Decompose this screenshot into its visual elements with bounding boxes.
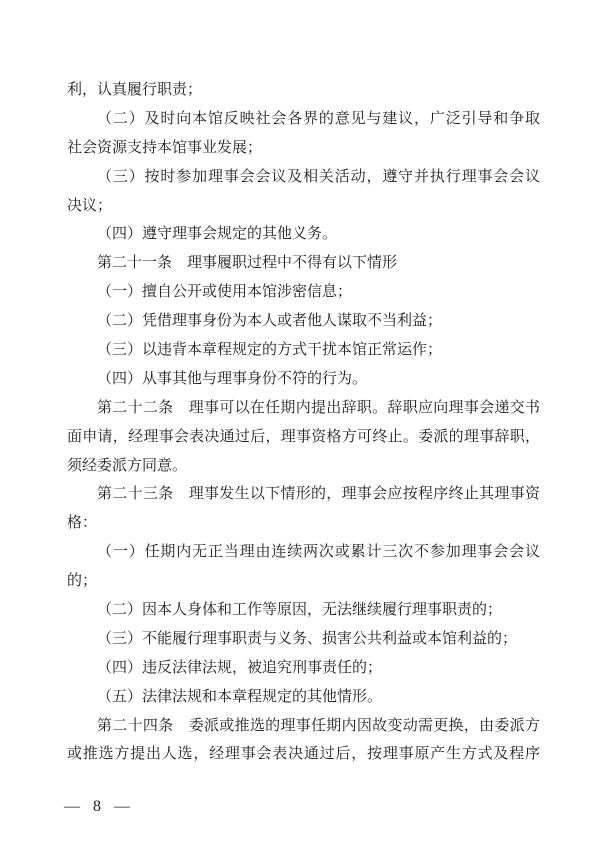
text-line: （五）法律法规和本章程规定的其他情形。	[67, 683, 540, 712]
text-line: （四）从事其他与理事身份不符的行为。	[67, 365, 540, 394]
text-line: （三）按时参加理事会会议及相关活动，遵守并执行理事会会议	[67, 163, 540, 192]
text-line: （四）遵守理事会规定的其他义务。	[67, 220, 540, 249]
text-line: （三）以违背本章程规定的方式干扰本馆正常运作；	[67, 336, 540, 365]
text-line: （三）不能履行理事职责与义务、损害公共利益或本馆利益的；	[67, 625, 540, 654]
text-line: 决议；	[67, 192, 540, 221]
text-line: 利，认真履行职责；	[67, 76, 540, 105]
page-number-label: — 8 —	[64, 798, 131, 815]
document-page: 利，认真履行职责；（二）及时向本馆反映社会各界的意见与建议，广泛引导和争取社会资…	[0, 0, 608, 858]
text-line: 第二十二条 理事可以在任期内提出辞职。辞职应向理事会递交书	[67, 394, 540, 423]
text-line: （二）因本人身体和工作等原因，无法继续履行理事职责的；	[67, 596, 540, 625]
text-line: 或推选方提出人选，经理事会表决通过后，按理事原产生方式及程序	[67, 740, 540, 769]
text-line: 第二十一条 理事履职过程中不得有以下情形	[67, 249, 540, 278]
text-line: （一）擅自公开或使用本馆涉密信息；	[67, 278, 540, 307]
text-line: 第二十三条 理事发生以下情形的，理事会应按程序终止其理事资	[67, 480, 540, 509]
text-line: 社会资源支持本馆事业发展；	[67, 134, 540, 163]
text-line: （二）及时向本馆反映社会各界的意见与建议，广泛引导和争取	[67, 105, 540, 134]
text-line: （一）任期内无正当理由连续两次或累计三次不参加理事会会议	[67, 538, 540, 567]
text-line: （二）凭借理事身份为本人或者他人谋取不当利益；	[67, 307, 540, 336]
text-line: 须经委派方同意。	[67, 452, 540, 481]
text-line: 面申请，经理事会表决通过后，理事资格方可终止。委派的理事辞职，	[67, 423, 540, 452]
text-line: 格：	[67, 509, 540, 538]
document-body: 利，认真履行职责；（二）及时向本馆反映社会各界的意见与建议，广泛引导和争取社会资…	[67, 76, 540, 769]
text-line: （四）违反法律法规，被追究刑事责任的；	[67, 654, 540, 683]
text-line: 的；	[67, 567, 540, 596]
text-line: 第二十四条 委派或推选的理事任期内因故变动需更换，由委派方	[67, 712, 540, 741]
page-number: — 8 —	[64, 798, 131, 816]
